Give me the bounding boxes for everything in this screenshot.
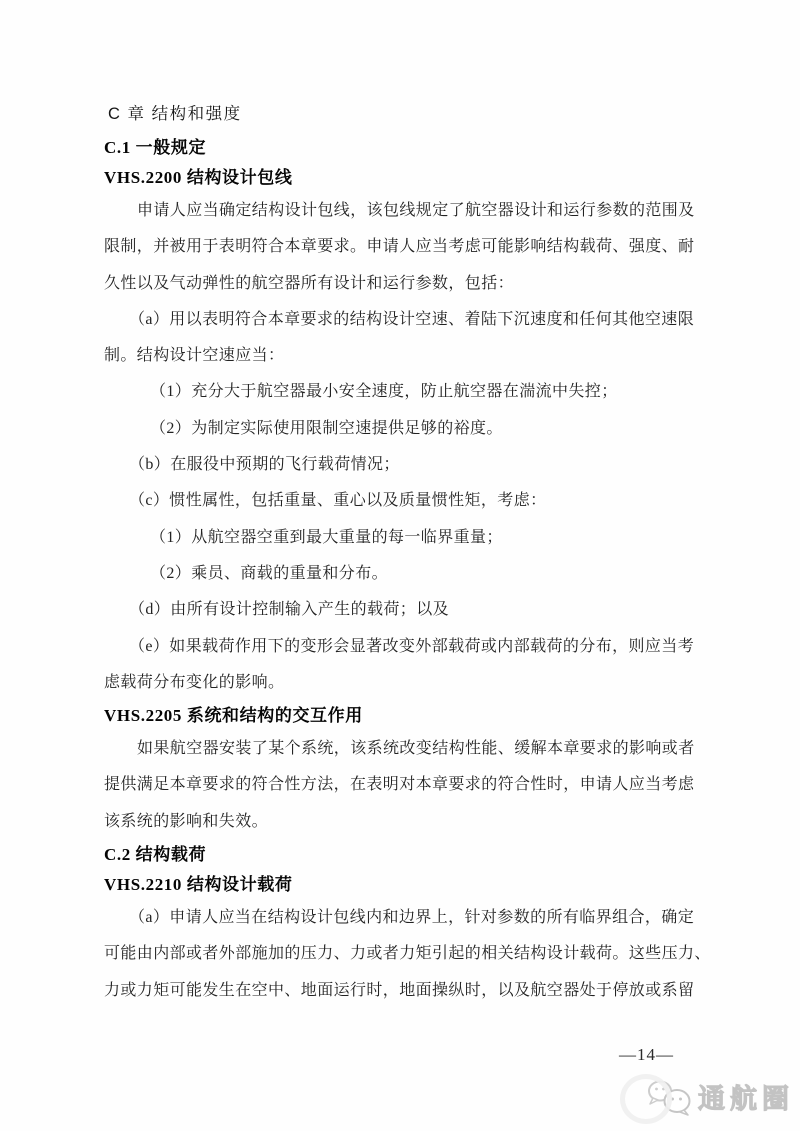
vhs-2210-heading: VHS.2210 结构设计载荷 xyxy=(104,870,696,900)
subitem-2-line: （2）乘员、商载的重量和分布。 xyxy=(104,556,696,592)
item-a-line: （a）用以表明符合本章要求的结构设计空速、着陆下沉速度和任何其他空速限 xyxy=(104,302,696,338)
section-c1-heading: C.1 一般规定 xyxy=(104,133,696,163)
paragraph-line: 久性以及气动弹性的航空器所有设计和运行参数，包括： xyxy=(104,266,696,302)
document-body: C 章 结构和强度 C.1 一般规定 VHS.2200 结构设计包线 申请人应当… xyxy=(104,96,696,1009)
subitem-2-line: （2）为制定实际使用限制空速提供足够的裕度。 xyxy=(104,411,696,447)
item-a-line: 制。结构设计空速应当： xyxy=(104,338,696,374)
item-c-line: （c）惯性属性，包括重量、重心以及质量惯性矩，考虑： xyxy=(104,483,696,519)
section-c2-heading: C.2 结构载荷 xyxy=(104,840,696,870)
chapter-title: C 章 结构和强度 xyxy=(104,96,696,133)
paragraph-line: 提供满足本章要求的符合性方法，在表明对本章要求的符合性时，申请人应当考虑 xyxy=(104,767,696,803)
item-e-line: （e）如果载荷作用下的变形会显著改变外部载荷或内部载荷的分布，则应当考 xyxy=(104,629,696,665)
document-page: C 章 结构和强度 C.1 一般规定 VHS.2200 结构设计包线 申请人应当… xyxy=(0,0,800,1131)
vhs-2200-heading: VHS.2200 结构设计包线 xyxy=(104,163,696,193)
faint-circle-decoration xyxy=(620,1074,672,1124)
paragraph-line: 限制，并被用于表明符合本章要求。申请人应当考虑可能影响结构载荷、强度、耐 xyxy=(104,229,696,265)
page-number: —14— xyxy=(619,1045,674,1065)
paragraph-line: 如果航空器安装了某个系统，该系统改变结构性能、缓解本章要求的影响或者 xyxy=(104,731,696,767)
watermark: 通航圈 xyxy=(620,1074,794,1124)
subitem-1-line: （1）从航空器空重到最大重量的每一临界重量； xyxy=(104,520,696,556)
paragraph-line: 力或力矩可能发生在空中、地面运行时，地面操纵时，以及航空器处于停放或系留 xyxy=(104,973,696,1009)
watermark-text: 通航圈 xyxy=(698,1079,794,1119)
vhs-2205-heading: VHS.2205 系统和结构的交互作用 xyxy=(104,701,696,731)
item-d-line: （d）由所有设计控制输入产生的载荷；以及 xyxy=(104,592,696,628)
item-a-line: （a）申请人应当在结构设计包线内和边界上，针对参数的所有临界组合，确定 xyxy=(104,900,696,936)
subitem-1-line: （1）充分大于航空器最小安全速度，防止航空器在湍流中失控； xyxy=(104,374,696,410)
paragraph-line: 可能由内部或者外部施加的压力、力或者力矩引起的相关结构设计载荷。这些压力、 xyxy=(104,936,696,972)
paragraph-line: 申请人应当确定结构设计包线，该包线规定了航空器设计和运行参数的范围及 xyxy=(104,193,696,229)
paragraph-line: 该系统的影响和失效。 xyxy=(104,804,696,840)
item-b-line: （b）在服役中预期的飞行载荷情况； xyxy=(104,447,696,483)
item-e-line: 虑载荷分布变化的影响。 xyxy=(104,665,696,701)
